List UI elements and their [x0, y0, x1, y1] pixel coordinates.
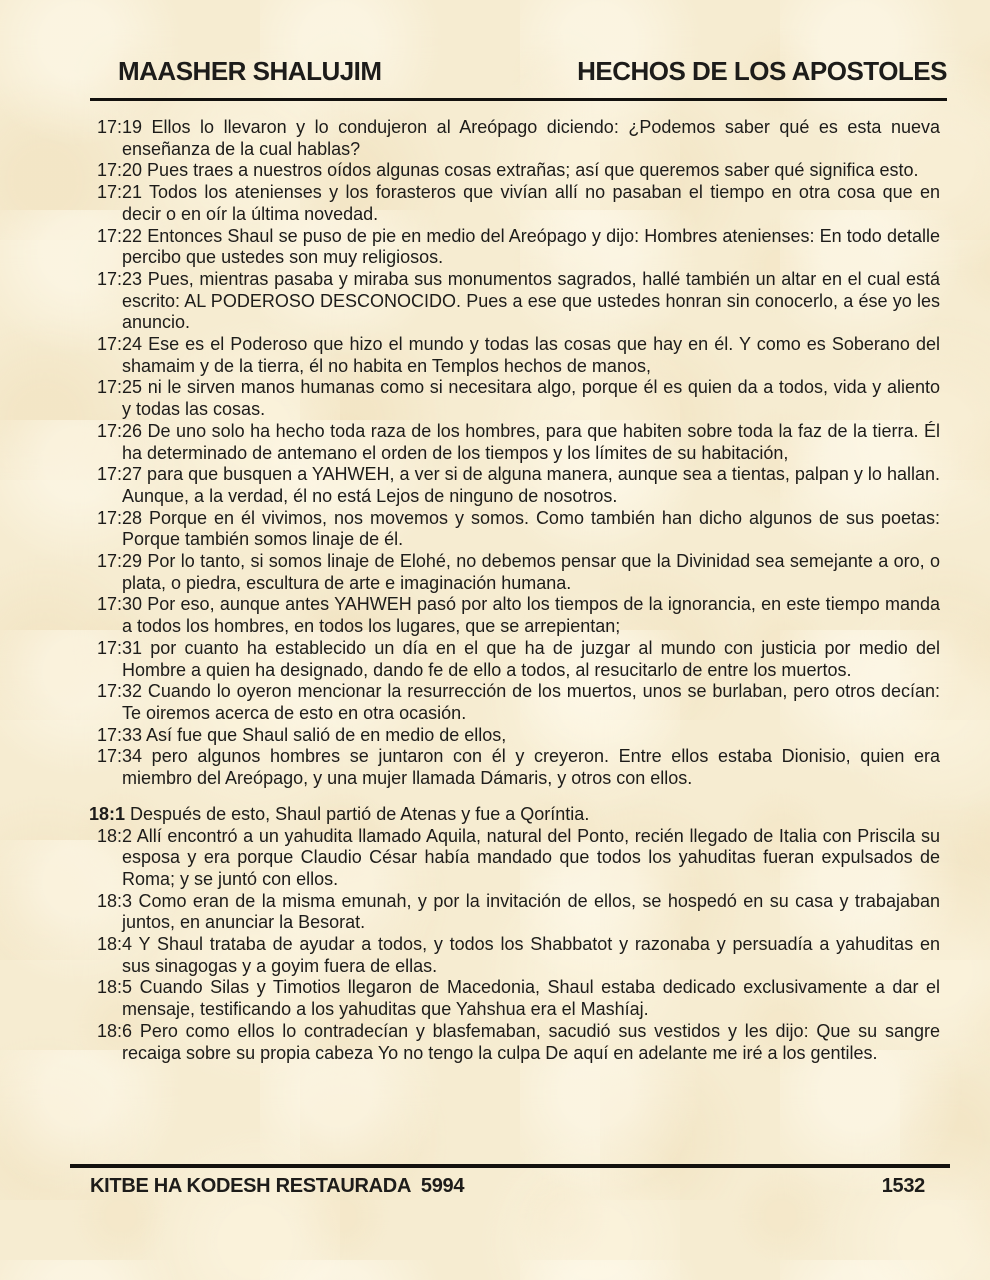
verse-text: por cuanto ha establecido un día en el q… [122, 638, 940, 680]
verse-text: Y Shaul trataba de ayudar a todos, y tod… [122, 934, 940, 976]
verse: 17:32 Cuando lo oyeron mencionar la resu… [97, 681, 940, 724]
verse-text: para que busquen a YAHWEH, a ver si de a… [122, 464, 940, 506]
verse-text: Ellos lo llevaron y lo condujeron al Are… [122, 117, 940, 159]
verse-text: Pero como ellos lo contradecían y blasfe… [122, 1021, 940, 1063]
verse-number: 17:26 [97, 421, 142, 441]
verse-text: Pues traes a nuestros oídos algunas cosa… [142, 160, 918, 180]
verse-number: 18:3 [97, 891, 132, 911]
verse-text: Por lo tanto, si somos linaje de Elohé, … [122, 551, 940, 593]
verse: 17:30 Por eso, aunque antes YAHWEH pasó … [97, 594, 940, 637]
verse: 17:29 Por lo tanto, si somos linaje de E… [97, 551, 940, 594]
verse-number: 17:32 [97, 681, 142, 701]
footer-text-row: KITBE HA KODESH RESTAURADA 5994 1532 [90, 1175, 925, 1198]
verse-text: Por eso, aunque antes YAHWEH pasó por al… [122, 594, 940, 636]
verse-number: 17:24 [97, 334, 142, 354]
verse: 17:25 ni le sirven manos humanas como si… [97, 377, 940, 420]
verse: 17:23 Pues, mientras pasaba y miraba sus… [97, 269, 940, 334]
verse: 17:20 Pues traes a nuestros oídos alguna… [97, 160, 940, 182]
verse-number: 17:30 [97, 594, 142, 614]
verse: 17:34 pero algunos hombres se juntaron c… [97, 746, 940, 789]
verse: 18:2 Allí encontró a un yahudita llamado… [97, 826, 940, 891]
verse-text: Porque en él vivimos, nos movemos y somo… [122, 508, 940, 550]
header-section-title: HECHOS DE LOS APOSTOLES [577, 56, 947, 86]
verse-number: 17:33 [97, 725, 142, 745]
verse-text: Pues, mientras pasaba y miraba sus monum… [122, 269, 940, 332]
verse-text: Ese es el Poderoso que hizo el mundo y t… [122, 334, 940, 376]
verse-text: Cuando lo oyeron mencionar la resurrecci… [122, 681, 940, 723]
verse-number: 18:5 [97, 977, 132, 997]
scripture-text: 17:19 Ellos lo llevaron y lo condujeron … [97, 117, 940, 1064]
page-footer: KITBE HA KODESH RESTAURADA 5994 1532 [0, 1164, 990, 1198]
verse-text: Todos los atenienses y los forasteros qu… [122, 182, 940, 224]
footer-divider [70, 1164, 950, 1168]
verse-number: 17:28 [97, 508, 142, 528]
verse: 17:27 para que busquen a YAHWEH, a ver s… [97, 464, 940, 507]
verse-text: De uno solo ha hecho toda raza de los ho… [122, 421, 940, 463]
verse-number: 18:2 [97, 826, 132, 846]
verse-number: 17:25 [97, 377, 142, 397]
verse: 17:21 Todos los atenienses y los foraste… [97, 182, 940, 225]
verse: 18:1 Después de esto, Shaul partió de At… [89, 804, 940, 826]
footer-edition-label: KITBE HA KODESH RESTAURADA 5994 [90, 1175, 464, 1198]
verse-number: 17:27 [97, 464, 142, 484]
verse-text: Allí encontró a un yahudita llamado Aqui… [122, 826, 940, 889]
verse: 17:28 Porque en él vivimos, nos movemos … [97, 508, 940, 551]
page-header: MAASHER SHALUJIM HECHOS DE LOS APOSTOLES [0, 0, 990, 101]
verse: 18:4 Y Shaul trataba de ayudar a todos, … [97, 934, 940, 977]
verse: 17:31 por cuanto ha establecido un día e… [97, 638, 940, 681]
verse: 17:19 Ellos lo llevaron y lo condujeron … [97, 117, 940, 160]
verse: 17:24 Ese es el Poderoso que hizo el mun… [97, 334, 940, 377]
document-page: MAASHER SHALUJIM HECHOS DE LOS APOSTOLES… [0, 0, 990, 1280]
verse: 18:5 Cuando Silas y Timotios llegaron de… [97, 977, 940, 1020]
verse: 17:33 Así fue que Shaul salió de en medi… [97, 725, 940, 747]
verse-text: Así fue que Shaul salió de en medio de e… [142, 725, 506, 745]
verse-number: 17:31 [97, 638, 142, 658]
verse-text: Cuando Silas y Timotios llegaron de Mace… [122, 977, 940, 1019]
verse-number: 17:34 [97, 746, 142, 766]
verse: 18:3 Como eran de la misma emunah, y por… [97, 891, 940, 934]
verse-number: 17:29 [97, 551, 142, 571]
verse-number: 17:20 [97, 160, 142, 180]
verse-text: ni le sirven manos humanas como si neces… [122, 377, 940, 419]
verse-number: 17:21 [97, 182, 142, 202]
verse-number: 18:6 [97, 1021, 132, 1041]
verse-text: Como eran de la misma emunah, y por la i… [122, 891, 940, 933]
verse-number: 17:19 [97, 117, 142, 137]
verse-number: 18:4 [97, 934, 132, 954]
verse-text: Entonces Shaul se puso de pie en medio d… [122, 226, 940, 268]
verse: 17:22 Entonces Shaul se puso de pie en m… [97, 226, 940, 269]
verse-number: 18:1 [89, 804, 125, 824]
header-divider [90, 98, 947, 101]
header-title-row: MAASHER SHALUJIM HECHOS DE LOS APOSTOLES [90, 56, 947, 86]
page-number: 1532 [882, 1175, 925, 1198]
verse: 17:26 De uno solo ha hecho toda raza de … [97, 421, 940, 464]
verse-text: Después de esto, Shaul partió de Atenas … [125, 804, 589, 824]
verse-text: pero algunos hombres se juntaron con él … [122, 746, 940, 788]
verse-number: 17:22 [97, 226, 142, 246]
header-book-title: MAASHER SHALUJIM [118, 56, 382, 86]
verse: 18:6 Pero como ellos lo contradecían y b… [97, 1021, 940, 1064]
verse-number: 17:23 [97, 269, 142, 289]
